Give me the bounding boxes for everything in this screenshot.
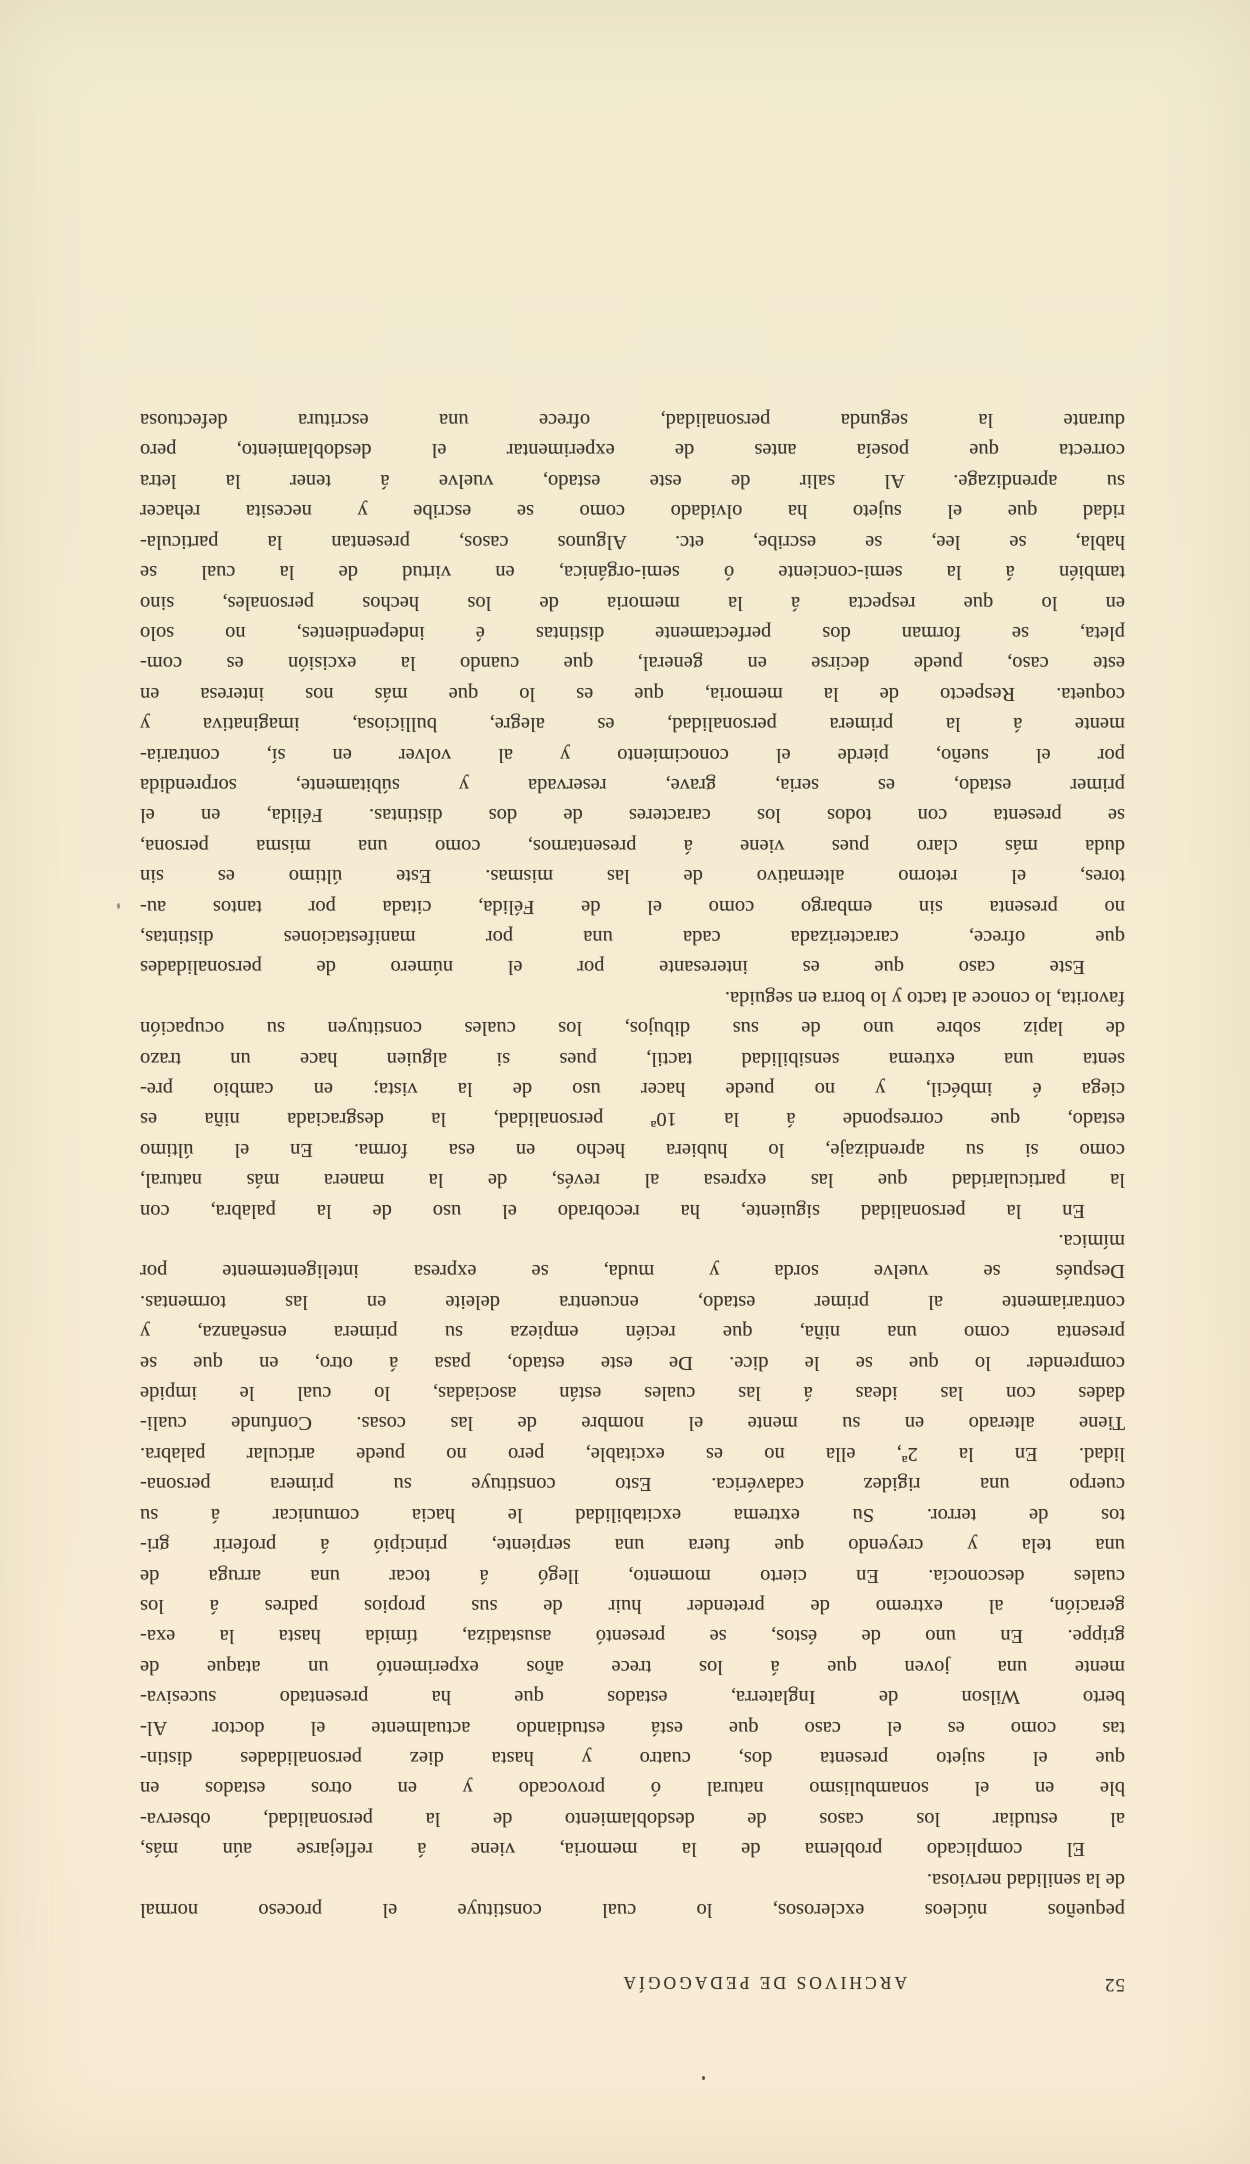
text-line: berto Wilson de Inglaterra, estados que … xyxy=(140,1682,1125,1712)
text-line: como si su aprendizaje, lo hubiera hecho… xyxy=(140,1134,1125,1164)
text-line: de la senilidad nerviosa. xyxy=(140,1864,1125,1894)
text-line: senta una extrema sensibilidad tactil, p… xyxy=(140,1043,1125,1073)
text-line: que el sujeto presenta dos, cuatro y has… xyxy=(140,1743,1125,1773)
text-line: estado, que corresponde á la 10ª persona… xyxy=(140,1104,1125,1134)
text-line: geración, al extremo de pretender huir d… xyxy=(140,1591,1125,1621)
paragraph: El complicado problema de la memoria, vi… xyxy=(140,1226,1125,1865)
text-line: El complicado problema de la memoria, vi… xyxy=(140,1834,1125,1864)
text-line: tores, el retorno alternativo de las mis… xyxy=(140,861,1125,891)
text-line: también á la semi-conciente ó semi-orgán… xyxy=(140,557,1125,587)
text-line: mente á la primera personalidad, es aleg… xyxy=(140,709,1125,739)
text-line: primer estado, es seria, grave, reservad… xyxy=(140,770,1125,800)
text-line: tos de terror. Su extrema excitabilidad … xyxy=(140,1499,1125,1529)
text-line: ridad que el sujeto ha olvidado como se … xyxy=(140,496,1125,526)
running-header: 52 ARCHIVOS DE PEDAGOGÍA xyxy=(140,1971,1125,2164)
text-line: de lapiz sobre uno de sus dibujos, los c… xyxy=(140,1013,1125,1043)
paragraph: Este caso que es interesante por el núme… xyxy=(140,405,1125,983)
text-line: cuerpo una rigidez cadavérica. Esto cons… xyxy=(140,1469,1125,1499)
text-line: pleta, se forman dos perfectamente disti… xyxy=(140,618,1125,648)
text-line: mente una joven que á los trece años exp… xyxy=(140,1651,1125,1681)
paragraph: pequeños núcleos exclerosos, lo cual con… xyxy=(140,1864,1125,1925)
text-line: la particularidad que las expresa al rev… xyxy=(140,1165,1125,1195)
text-line: correcta que poseía antes de experimenta… xyxy=(140,435,1125,465)
text-line: dades con las ideas á las cuales están a… xyxy=(140,1378,1125,1408)
text-line: favorita, lo conoce al tacto y lo borra … xyxy=(140,982,1125,1012)
paragraph: En la personalidad siguiente, ha recobra… xyxy=(140,982,1125,1225)
ink-speck xyxy=(117,903,120,909)
text-line: presenta como una niña, que recién empie… xyxy=(140,1317,1125,1347)
text-line: habla, se lee, se escribe, etc. Algunos … xyxy=(140,526,1125,556)
running-title: ARCHIVOS DE PEDAGOGÍA xyxy=(620,1972,907,1993)
text-line: mímica. xyxy=(140,1226,1125,1256)
text-line: cuales desconocía. En cierto momento, ll… xyxy=(140,1560,1125,1590)
scanned-page: 52 ARCHIVOS DE PEDAGOGÍA pequeños núcleo… xyxy=(0,0,1250,2164)
text-line: lidad. En la 2ª, ella no es excitable, p… xyxy=(140,1439,1125,1469)
text-line: durante la segunda personalidad, ofrece … xyxy=(140,405,1125,435)
text-line: pequeños núcleos exclerosos, lo cual con… xyxy=(140,1895,1125,1925)
text-line: grippe. En uno de éstos, se presentó asu… xyxy=(140,1621,1125,1651)
text-line: por el sueño, pierde el conocimiento y a… xyxy=(140,739,1125,769)
rotated-page-content: 52 ARCHIVOS DE PEDAGOGÍA pequeños núcleo… xyxy=(0,0,1250,2164)
text-line: se presenta con todos los caracteres de … xyxy=(140,800,1125,830)
text-line: coqueta. Respecto de la memoria, que es … xyxy=(140,678,1125,708)
text-line: ciega é imbécil, y no puede hacer uso de… xyxy=(140,1074,1125,1104)
text-line: al estudiar los casos de desdoblamiento … xyxy=(140,1803,1125,1833)
text-line: este caso, puede decirse en general, que… xyxy=(140,648,1125,678)
text-line: comprender lo que se le dice. De este es… xyxy=(140,1347,1125,1377)
text-line: una tela y creyendo que fuera una serpie… xyxy=(140,1530,1125,1560)
text-line: contrariamente al primer estado, encuent… xyxy=(140,1286,1125,1316)
page-body: pequeños núcleos exclerosos, lo cual con… xyxy=(140,405,1125,1971)
text-line: En la personalidad siguiente, ha recobra… xyxy=(140,1195,1125,1225)
text-line: su aprendizage. Al salir de este estado,… xyxy=(140,466,1125,496)
page-number: 52 xyxy=(1104,1973,1125,1995)
text-line: Tiene alterado en su mente el nombre de … xyxy=(140,1408,1125,1438)
text-line: Este caso que es interesante por el núme… xyxy=(140,952,1125,982)
text-line: Después se vuelve sorda y muda, se expre… xyxy=(140,1256,1125,1286)
text-line: duda más claro pues viene á presentarnos… xyxy=(140,830,1125,860)
text-line: tas como es el caso que está estudiando … xyxy=(140,1712,1125,1742)
text-line: en lo que respecta á la memoria de los h… xyxy=(140,587,1125,617)
text-line: que ofrece, caracterizada cada una por m… xyxy=(140,922,1125,952)
ink-speck xyxy=(702,2076,705,2080)
text-line: ble en el sonambulismo natural ó provoca… xyxy=(140,1773,1125,1803)
text-line: no presenta sin embargo como el de Félid… xyxy=(140,891,1125,921)
